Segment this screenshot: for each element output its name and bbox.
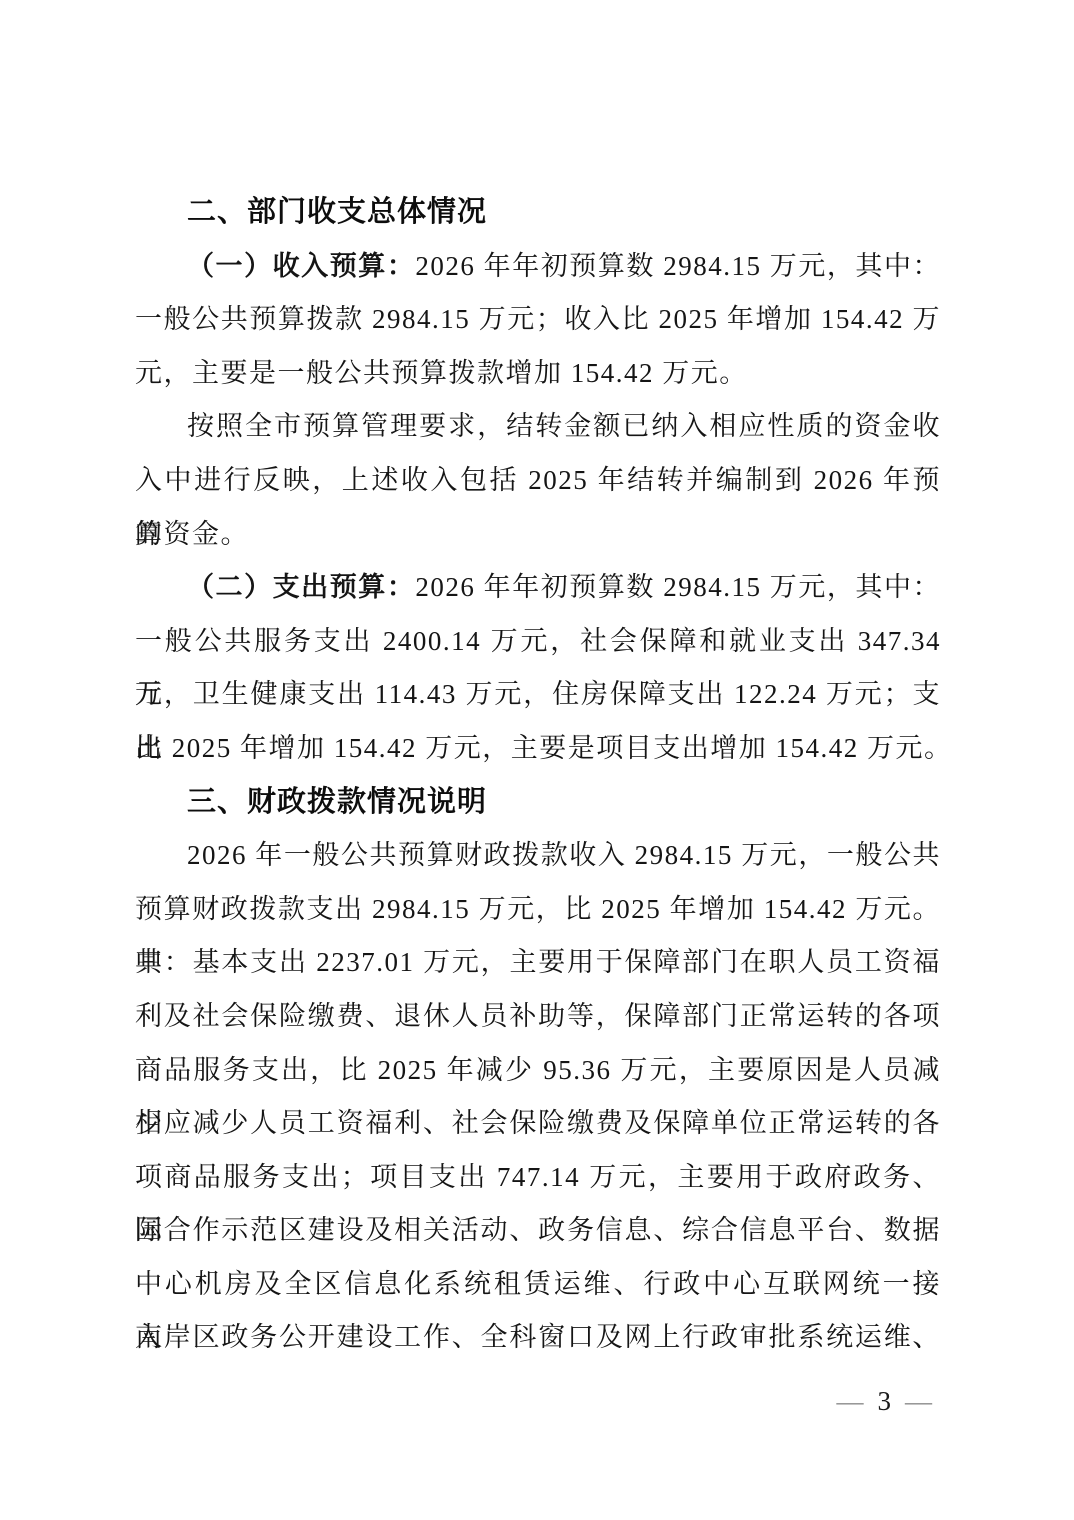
text-line: 按照全市预算管理要求，结转金额已纳入相应性质的资金收	[135, 400, 941, 454]
text-segment: 2026 年年初预算数 2984.15 万元，其中：	[415, 572, 941, 602]
text-line: 际合作示范区建设及相关活动、政务信息、综合信息平台、数据	[135, 1204, 941, 1258]
document-body: 二、部门收支总体情况（一）收入预算：2026 年年初预算数 2984.15 万元…	[135, 186, 941, 1365]
text-segment: 比 2025 年增加 154.42 万元，主要是项目支出增加 154.42 万元…	[135, 733, 953, 763]
text-line: 一般公共服务支出 2400.14 万元，社会保障和就业支出 347.34 万	[135, 615, 941, 669]
page-footer: —3—	[837, 1384, 933, 1418]
text-line: 一般公共预算拨款 2984.15 万元；收入比 2025 年增加 154.42 …	[135, 293, 941, 347]
text-segment: 2026 年年初预算数 2984.15 万元，其中：	[415, 251, 941, 281]
text-segment: 际合作示范区建设及相关活动、政务信息、综合信息平台、数据	[135, 1215, 941, 1245]
text-segment: （一）收入预算：	[187, 251, 415, 281]
text-line: 相应减少人员工资福利、社会保险缴费及保障单位正常运转的各	[135, 1097, 941, 1151]
text-segment: 元，主要是一般公共预算拨款增加 154.42 万元。	[135, 358, 748, 388]
text-segment: 二、部门收支总体情况	[187, 196, 487, 228]
section-heading: 二、部门收支总体情况	[135, 186, 941, 240]
text-segment: 利及社会保险缴费、退休人员补助等，保障部门正常运转的各项	[135, 1001, 941, 1031]
text-segment: 的资金。	[135, 519, 249, 549]
text-line: 预算财政拨款支出 2984.15 万元，比 2025 年增加 154.42 万元…	[135, 883, 941, 937]
text-line: 项商品服务支出；项目支出 747.14 万元，主要用于政府政务、国	[135, 1151, 941, 1205]
text-line: 2026 年一般公共预算财政拨款收入 2984.15 万元，一般公共	[135, 829, 941, 883]
text-line: 入中进行反映，上述收入包括 2025 年结转并编制到 2026 年预算	[135, 454, 941, 508]
text-segment: 三、财政拨款情况说明	[187, 786, 487, 818]
footer-dash-left: —	[837, 1386, 864, 1416]
text-line: 元，主要是一般公共预算拨款增加 154.42 万元。	[135, 347, 941, 401]
text-line: 南岸区政务公开建设工作、全科窗口及网上行政审批系统运维、	[135, 1311, 941, 1365]
text-line: 比 2025 年增加 154.42 万元，主要是项目支出增加 154.42 万元…	[135, 722, 941, 776]
footer-dash-right: —	[905, 1386, 932, 1416]
text-segment: 相应减少人员工资福利、社会保险缴费及保障单位正常运转的各	[135, 1108, 941, 1138]
text-line: 的资金。	[135, 508, 941, 562]
document-page: 二、部门收支总体情况（一）收入预算：2026 年年初预算数 2984.15 万元…	[0, 0, 1074, 1520]
text-line: 中：基本支出 2237.01 万元，主要用于保障部门在职人员工资福	[135, 936, 941, 990]
text-segment: 2026 年一般公共预算财政拨款收入 2984.15 万元，一般公共	[187, 840, 941, 870]
text-line: （一）收入预算：2026 年年初预算数 2984.15 万元，其中：	[135, 240, 941, 294]
text-line: （二）支出预算：2026 年年初预算数 2984.15 万元，其中：	[135, 561, 941, 615]
page-number: 3	[878, 1386, 892, 1416]
text-segment: 中：基本支出 2237.01 万元，主要用于保障部门在职人员工资福	[135, 947, 941, 977]
text-line: 元，卫生健康支出 114.43 万元，住房保障支出 122.24 万元；支出	[135, 668, 941, 722]
text-segment: 南岸区政务公开建设工作、全科窗口及网上行政审批系统运维、	[135, 1322, 941, 1352]
text-line: 商品服务支出，比 2025 年减少 95.36 万元，主要原因是人员减少	[135, 1044, 941, 1098]
text-segment: （二）支出预算：	[187, 572, 415, 602]
text-segment: 一般公共预算拨款 2984.15 万元；收入比 2025 年增加 154.42 …	[135, 304, 941, 334]
text-line: 中心机房及全区信息化系统租赁运维、行政中心互联网统一接入、	[135, 1258, 941, 1312]
text-segment: 按照全市预算管理要求，结转金额已纳入相应性质的资金收	[187, 411, 941, 441]
section-heading: 三、财政拨款情况说明	[135, 776, 941, 830]
text-line: 利及社会保险缴费、退休人员补助等，保障部门正常运转的各项	[135, 990, 941, 1044]
